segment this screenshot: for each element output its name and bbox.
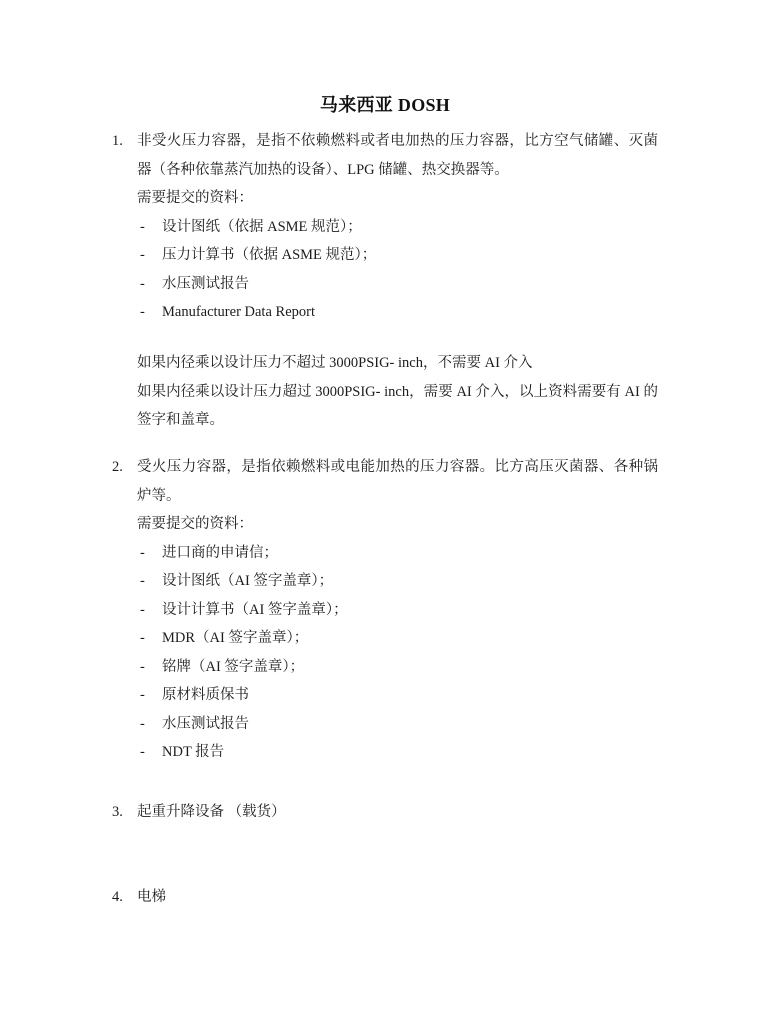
section-2-submission-heading: 需要提交的资料： [137, 510, 658, 539]
section-4-text: 电梯 [137, 883, 658, 912]
bullet-text: 设计图纸（依据 ASME 规范）； [162, 219, 362, 235]
section-4-number: 4. [112, 883, 123, 912]
bullet-marker: - [140, 241, 145, 270]
bullet-item: - NDT 报告 [140, 738, 658, 767]
bullet-text: 水压测试报告 [162, 276, 249, 292]
bullet-text: 铭牌（AI 签字盖章）； [162, 659, 304, 675]
bullet-item: - 设计计算书（AI 签字盖章）； [140, 596, 658, 625]
bullet-item: - Manufacturer Data Report [140, 298, 658, 327]
bullet-marker: - [140, 567, 145, 596]
bullet-item: - 水压测试报告 [140, 710, 658, 739]
section-1-bullet-list: - 设计图纸（依据 ASME 规范）； - 压力计算书（依据 ASME 规范）；… [137, 213, 658, 327]
bullet-item: - 原材料质保书 [140, 681, 658, 710]
bullet-item: - 设计图纸（依据 ASME 规范）； [140, 213, 658, 242]
section-1-text: 非受火压力容器，是指不依赖燃料或者电加热的压力容器，比方空气储罐、灭菌器（各种依… [137, 127, 658, 184]
bullet-marker: - [140, 270, 145, 299]
bullet-marker: - [140, 653, 145, 682]
bullet-item: - MDR（AI 签字盖章）； [140, 624, 658, 653]
bullet-item: - 设计图纸（AI 签字盖章）； [140, 567, 658, 596]
section-3: 3. 起重升降设备 （载货） [112, 798, 658, 827]
section-1: 1. 非受火压力容器，是指不依赖燃料或者电加热的压力容器，比方空气储罐、灭菌器（… [112, 127, 658, 435]
bullet-text: 设计计算书（AI 签字盖章）； [162, 602, 348, 618]
section-1-submission-heading: 需要提交的资料： [137, 184, 658, 213]
bullet-text: MDR（AI 签字盖章）； [162, 630, 308, 646]
ai-requirement-notes: 如果内径乘以设计压力不超过 3000PSIG- inch，不需要 AI 介入 如… [137, 349, 658, 435]
bullet-marker: - [140, 710, 145, 739]
section-4: 4. 电梯 [112, 883, 658, 912]
ai-note-over-limit: 如果内径乘以设计压力超过 3000PSIG- inch，需要 AI 介入，以上资… [137, 378, 658, 435]
bullet-text: 压力计算书（依据 ASME 规范）； [162, 247, 376, 263]
bullet-text: Manufacturer Data Report [162, 304, 315, 320]
section-2-number: 2. [112, 453, 123, 482]
section-2: 2. 受火压力容器，是指依赖燃料或电能加热的压力容器。比方高压灭菌器、各种锅炉等… [112, 453, 658, 767]
section-3-number: 3. [112, 798, 123, 827]
bullet-text: 设计图纸（AI 签字盖章）； [162, 573, 333, 589]
bullet-marker: - [140, 596, 145, 625]
bullet-marker: - [140, 681, 145, 710]
document-page: 马来西亚 DOSH 1. 非受火压力容器，是指不依赖燃料或者电加热的压力容器，比… [0, 0, 768, 1024]
bullet-text: 原材料质保书 [162, 687, 249, 703]
bullet-item: - 压力计算书（依据 ASME 规范）； [140, 241, 658, 270]
bullet-text: NDT 报告 [162, 744, 224, 760]
bullet-item: - 水压测试报告 [140, 270, 658, 299]
bullet-marker: - [140, 298, 145, 327]
section-2-text: 受火压力容器，是指依赖燃料或电能加热的压力容器。比方高压灭菌器、各种锅炉等。 [137, 453, 658, 510]
bullet-marker: - [140, 213, 145, 242]
bullet-item: - 铭牌（AI 签字盖章）； [140, 653, 658, 682]
document-title: 马来西亚 DOSH [112, 90, 658, 120]
ai-note-under-limit: 如果内径乘以设计压力不超过 3000PSIG- inch，不需要 AI 介入 [137, 349, 658, 378]
bullet-item: - 进口商的申请信； [140, 539, 658, 568]
section-2-bullet-list: - 进口商的申请信； - 设计图纸（AI 签字盖章）； - 设计计算书（AI 签… [137, 539, 658, 767]
section-3-text: 起重升降设备 （载货） [137, 798, 658, 827]
bullet-text: 水压测试报告 [162, 716, 249, 732]
bullet-text: 进口商的申请信； [162, 545, 278, 561]
section-1-number: 1. [112, 127, 123, 156]
bullet-marker: - [140, 539, 145, 568]
bullet-marker: - [140, 738, 145, 767]
bullet-marker: - [140, 624, 145, 653]
